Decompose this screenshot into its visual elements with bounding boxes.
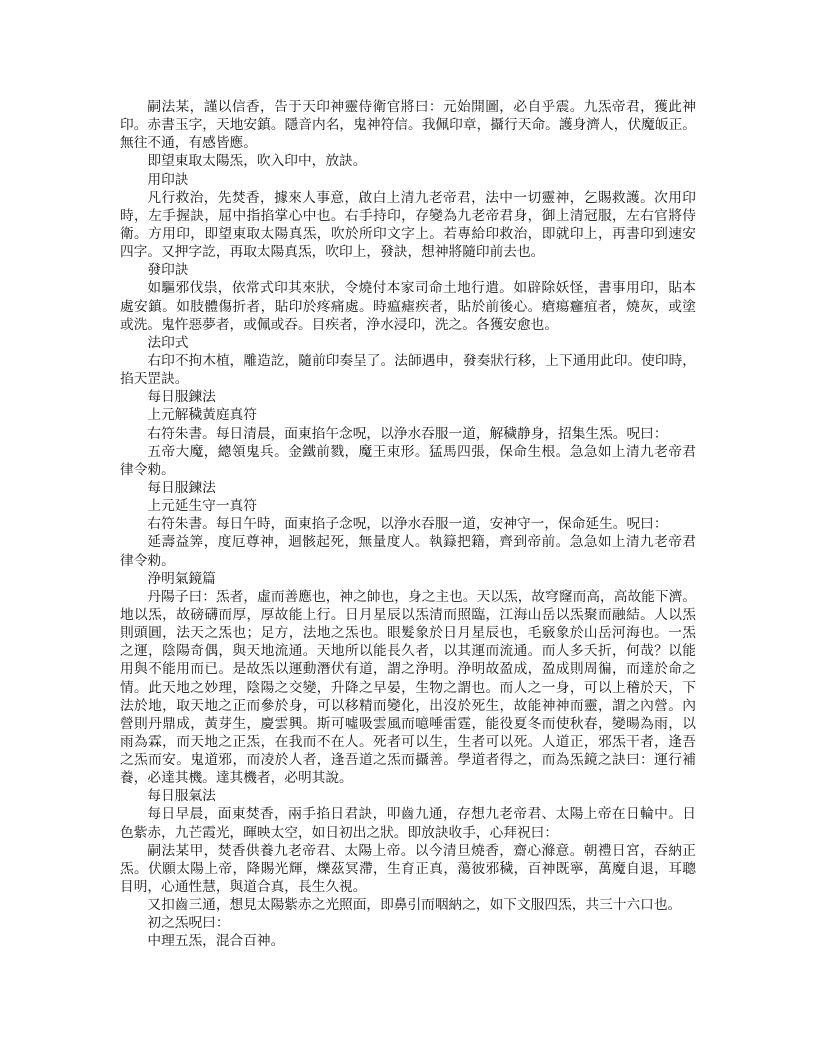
text-line: 炁。伏願太陽上帝，降賜光輝，爍茲冥滯，生育正真，蕩彼邪穢，百神既寧，萬魔自退，耳…: [120, 860, 696, 878]
text-line: 如驅邪伐祟，依常式印其來狀，令燒付本家司命土地行遣。如辟除妖怪，書事用印，貼本: [120, 279, 696, 297]
paragraph: 即望東取太陽炁，吹入印中，放訣。: [120, 152, 696, 170]
text-line: 之運，陰陽奇偶，與天地流通。天地所以能長久者，以其運而流通。而人多夭折，何哉？以…: [120, 642, 696, 660]
document-page: 嗣法某，謹以信香，告于天印神靈侍衛官將曰：元始開圖，必自乎震。九炁帝君，獲此神 …: [0, 0, 816, 1056]
text-line: 右印不拘木植，雕造訖，隨前印奏呈了。法師遇申，發奏狀行移，上下通用此印。使印時，: [120, 352, 696, 370]
text-line: 又扣齒三通，想見太陽紫赤之光照面，即鼻引而咽納之，如下文服四炁，共三十六口也。: [120, 896, 696, 914]
text-line: 右符朱書。每日午時，面東掐子念呪，以浄水吞服一道，安神守一，保命延生。呪曰：: [120, 515, 696, 533]
text-line: 則頭圓，法天之炁也；足方，法地之炁也。眼髮象於日月星辰也，毛竅象於山岳河海也。一…: [120, 624, 696, 642]
paragraph: 丹陽子曰：炁者，虛而善應也，神之帥也，身之主也。天以炁，故穹窿而高，高故能下濟。…: [120, 588, 696, 788]
text-line: 用與不能用而已。是故炁以運動潛伏有道，謂之浄明。浄明故盈成，盈成則周徧，而達於命…: [120, 660, 696, 678]
text-line: 衛。方用印，即望東取太陽真炁，吹於所印文字上。若專給印救治，即就印上，再書印到速…: [120, 225, 696, 243]
text-line: 處安鎮。如肢體傷折者，貼印於疼痛處。時瘟瘧疾者，貼於前後心。瘡瘍癰疽者，燒灰，或…: [120, 298, 696, 316]
incantation-paragraph: 五帝大魔，總領鬼兵。金鐵前戮，魔王束形。猛馬四張，保命生根。急急如上清九老帝君 …: [120, 443, 696, 479]
text-line: 右符朱書。每日清晨，面東掐午念呪，以浄水吞服一道，解穢静身，招集生炁。呪曰：: [120, 425, 696, 443]
section-heading: 每日服鍊法: [120, 479, 696, 497]
paragraph: 凡行救治，先焚香，據來人事意，啟白上清九老帝君，法中一切靈神，乞賜救護。次用印 …: [120, 189, 696, 262]
text-line: 嗣法某甲，焚香供養九老帝君、太陽上帝。以今清旦燒香，齋心滌意。朝禮日宮，吞納正: [120, 842, 696, 860]
paragraph: 又扣齒三通，想見太陽紫赤之光照面，即鼻引而咽納之，如下文服四炁，共三十六口也。: [120, 896, 696, 914]
text-line: 律令勑。: [120, 461, 696, 479]
text-line: 四字。又押字訖，再取太陽真炁，吹印上，發訣，想神將隨印前去也。: [120, 243, 696, 261]
text-line: 或洗。鬼忤惡夢者，或佩或吞。目疾者，浄水浸印，洗之。各獲安愈也。: [120, 316, 696, 334]
document-body: 嗣法某，謹以信香，告于天印神靈侍衛官將曰：元始開圖，必自乎震。九炁帝君，獲此神 …: [120, 98, 696, 951]
text-line: 地以炁，故磅礴而厚，厚故能上行。日月星辰以炁清而照臨，江海山岳以炁聚而融結。人以…: [120, 606, 696, 624]
paragraph: 右符朱書。每日清晨，面東掐午念呪，以浄水吞服一道，解穢静身，招集生炁。呪曰：: [120, 425, 696, 443]
text-line: 律令勑。: [120, 552, 696, 570]
paragraph: 如驅邪伐祟，依常式印其來狀，令燒付本家司命土地行遣。如辟除妖怪，書事用印，貼本 …: [120, 279, 696, 333]
incantation-paragraph: 延壽益筭，度厄尊神，迴骸起死，無量度人。執籙把籍，齊到帝前。急急如上清九老帝君 …: [120, 533, 696, 569]
text-line: 雨為霖，而天地之正炁，在我而不在人。死者可以生，生者可以死。人道正，邪炁干者，逢…: [120, 733, 696, 751]
section-heading: 用印訣: [120, 171, 696, 189]
text-line: 印。赤書玉字，天地安鎮。隱音内名，鬼神符信。我佩印章，攝行天命。護身濟人，伏魔皈…: [120, 116, 696, 134]
text-line: 即望東取太陽炁，吹入印中，放訣。: [120, 152, 696, 170]
text-line: 之炁而安。鬼道邪，而凌於人者，逢吾道之炁而攝善。學道者得之，而為炁鏡之訣曰：運行…: [120, 751, 696, 769]
text-line: 凡行救治，先焚香，據來人事意，啟白上清九老帝君，法中一切靈神，乞賜救護。次用印: [120, 189, 696, 207]
text-line: 丹陽子曰：炁者，虛而善應也，神之帥也，身之主也。天以炁，故穹窿而高，高故能下濟。: [120, 588, 696, 606]
text-line: 中理五炁，混合百神。: [120, 932, 696, 950]
text-line: 時，左手握訣，屈中指掐掌心中也。右手持印，存變為九老帝君身，御上清冠服，左右官將…: [120, 207, 696, 225]
section-heading: 浄明氣鏡篇: [120, 570, 696, 588]
incantation-paragraph: 中理五炁，混合百神。: [120, 932, 696, 950]
section-heading: 每日服氣法: [120, 787, 696, 805]
text-line: 營則丹鼎成，黃芽生，慶雲興。斯可噓吸雲風而噫唾雷霆，能役夏冬而使秋春，變暘為雨，…: [120, 715, 696, 733]
paragraph: 每日早晨，面東焚香，兩手掐日君訣，叩齒九通，存想九老帝君、太陽上帝在日輪中。日 …: [120, 805, 696, 841]
text-line: 五帝大魔，總領鬼兵。金鐵前戮，魔王束形。猛馬四張，保命生根。急急如上清九老帝君: [120, 443, 696, 461]
section-heading: 法印式: [120, 334, 696, 352]
paragraph: 嗣法某，謹以信香，告于天印神靈侍衛官將曰：元始開圖，必自乎震。九炁帝君，獲此神 …: [120, 98, 696, 152]
paragraph: 右符朱書。每日午時，面東掐子念呪，以浄水吞服一道，安神守一，保命延生。呪曰：: [120, 515, 696, 533]
text-line: 法於地，取天地之正而參於身，可以移精而變化，出沒於死生，故能神神而靈，謂之內營。…: [120, 697, 696, 715]
text-line: 延壽益筭，度厄尊神，迴骸起死，無量度人。執籙把籍，齊到帝前。急急如上清九老帝君: [120, 533, 696, 551]
paragraph: 右印不拘木植，雕造訖，隨前印奏呈了。法師遇申，發奏狀行移，上下通用此印。使印時，…: [120, 352, 696, 388]
text-line: 色紫赤，九芒霞光，暉映太空，如日初出之狀。即放訣收手，心拜祝曰：: [120, 824, 696, 842]
text-line: 情。此天地之妙理，陰陽之交變，升降之早晏，生物之謂也。而人之一身，可以上稽於天，…: [120, 679, 696, 697]
text-line: 目明，心通性慧，與道合真，長生久視。: [120, 878, 696, 896]
section-heading: 發印訣: [120, 261, 696, 279]
text-line: 每日早晨，面東焚香，兩手掐日君訣，叩齒九通，存想九老帝君、太陽上帝在日輪中。日: [120, 805, 696, 823]
text-line: 養，必達其機。達其機者，必明其說。: [120, 769, 696, 787]
text-line: 無往不通，有感皆應。: [120, 134, 696, 152]
section-subheading: 上元解穢黃庭真符: [120, 406, 696, 424]
incantation-paragraph: 嗣法某甲，焚香供養九老帝君、太陽上帝。以今清旦燒香，齋心滌意。朝禮日宮，吞納正 …: [120, 842, 696, 896]
section-heading: 初之炁呪曰：: [120, 914, 696, 932]
text-line: 嗣法某，謹以信香，告于天印神靈侍衛官將曰：元始開圖，必自乎震。九炁帝君，獲此神: [120, 98, 696, 116]
section-heading: 每日服鍊法: [120, 388, 696, 406]
section-subheading: 上元延生守一真符: [120, 497, 696, 515]
text-line: 掐天罡訣。: [120, 370, 696, 388]
